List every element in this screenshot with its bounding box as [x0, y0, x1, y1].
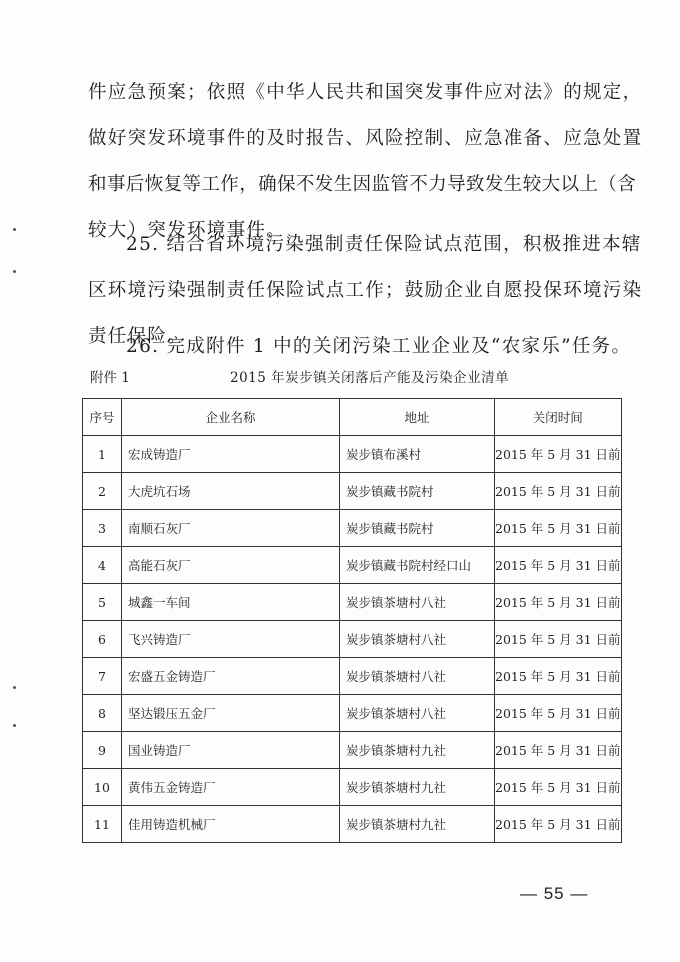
cell-index: 11 — [83, 806, 122, 843]
cell-company: 城鑫一车间 — [122, 584, 340, 621]
cell-close-date: 2015 年 5 月 31 日前 — [495, 584, 622, 621]
cell-close-date: 2015 年 5 月 31 日前 — [495, 436, 622, 473]
header-address: 地址 — [340, 399, 495, 436]
cell-index: 9 — [83, 732, 122, 769]
cell-company: 高能石灰厂 — [122, 547, 340, 584]
text-line: 和事后恢复等工作，确保不发生因监管不力导致发生较大以上（含 — [88, 162, 636, 208]
annex-title: 2015 年炭步镇关闭落后产能及污染企业清单 — [230, 366, 509, 386]
cell-index: 7 — [83, 658, 122, 695]
cell-close-date: 2015 年 5 月 31 日前 — [495, 510, 622, 547]
table-row: 3 南顺石灰厂 炭步镇藏书院村 2015 年 5 月 31 日前 — [83, 510, 622, 547]
cell-company: 飞兴铸造厂 — [122, 621, 340, 658]
cell-address: 炭步镇藏书院村 — [340, 510, 495, 547]
cell-company: 黄伟五金铸造厂 — [122, 769, 340, 806]
cell-address: 炭步镇藏书院村 — [340, 473, 495, 510]
cell-address: 炭步镇布溪村 — [340, 436, 495, 473]
cell-index: 4 — [83, 547, 122, 584]
binding-hole-mark — [13, 724, 16, 727]
paragraph-item-26: 26. 完成附件 1 中的关闭污染工业企业及“农家乐”任务。 — [88, 324, 608, 370]
cell-index: 8 — [83, 695, 122, 732]
table-row: 1 宏成铸造厂 炭步镇布溪村 2015 年 5 月 31 日前 — [83, 436, 622, 473]
text-line: 25. 结合省环境污染强制责任保险试点范围，积极推进本辖 — [126, 222, 642, 268]
cell-index: 10 — [83, 769, 122, 806]
cell-address: 炭步镇茶塘村九社 — [340, 732, 495, 769]
cell-address: 炭步镇茶塘村八社 — [340, 584, 495, 621]
binding-hole-mark — [13, 270, 16, 273]
cell-address: 炭步镇茶塘村八社 — [340, 621, 495, 658]
cell-address: 炭步镇茶塘村九社 — [340, 769, 495, 806]
cell-address: 炭步镇藏书院村经口山 — [340, 547, 495, 584]
text-line: 区环境污染强制责任保险试点工作；鼓励企业自愿投保环境污染 — [88, 268, 642, 314]
annex-label: 附件 1 — [90, 366, 130, 386]
cell-index: 1 — [83, 436, 122, 473]
table-row: 10 黄伟五金铸造厂 炭步镇茶塘村九社 2015 年 5 月 31 日前 — [83, 769, 622, 806]
text-line: 件应急预案；依照《中华人民共和国突发事件应对法》的规定， — [88, 70, 642, 116]
cell-index: 5 — [83, 584, 122, 621]
cell-address: 炭步镇茶塘村八社 — [340, 695, 495, 732]
cell-company: 佳用铸造机械厂 — [122, 806, 340, 843]
document-page: 件应急预案；依照《中华人民共和国突发事件应对法》的规定， 做好突发环境事件的及时… — [0, 0, 680, 962]
table-row: 8 坚达锻压五金厂 炭步镇茶塘村八社 2015 年 5 月 31 日前 — [83, 695, 622, 732]
binding-hole-mark — [13, 686, 16, 689]
annex-heading: 附件 1 2015 年炭步镇关闭落后产能及污染企业清单 — [90, 366, 590, 390]
cell-index: 6 — [83, 621, 122, 658]
cell-company: 宏成铸造厂 — [122, 436, 340, 473]
cell-company: 宏盛五金铸造厂 — [122, 658, 340, 695]
cell-company: 南顺石灰厂 — [122, 510, 340, 547]
cell-close-date: 2015 年 5 月 31 日前 — [495, 621, 622, 658]
cell-company: 国业铸造厂 — [122, 732, 340, 769]
cell-close-date: 2015 年 5 月 31 日前 — [495, 473, 622, 510]
table-row: 7 宏盛五金铸造厂 炭步镇茶塘村八社 2015 年 5 月 31 日前 — [83, 658, 622, 695]
table-header-row: 序号 企业名称 地址 关闭时间 — [83, 399, 622, 436]
cell-company: 大虎坑石场 — [122, 473, 340, 510]
cell-close-date: 2015 年 5 月 31 日前 — [495, 732, 622, 769]
closure-table: 序号 企业名称 地址 关闭时间 1 宏成铸造厂 炭步镇布溪村 2015 年 5 … — [82, 398, 622, 843]
header-index: 序号 — [83, 399, 122, 436]
cell-close-date: 2015 年 5 月 31 日前 — [495, 547, 622, 584]
table-row: 11 佳用铸造机械厂 炭步镇茶塘村九社 2015 年 5 月 31 日前 — [83, 806, 622, 843]
table-row: 4 高能石灰厂 炭步镇藏书院村经口山 2015 年 5 月 31 日前 — [83, 547, 622, 584]
header-company: 企业名称 — [122, 399, 340, 436]
table-row: 6 飞兴铸造厂 炭步镇茶塘村八社 2015 年 5 月 31 日前 — [83, 621, 622, 658]
binding-hole-mark — [13, 228, 16, 231]
page-number: — 55 — — [520, 884, 588, 904]
cell-close-date: 2015 年 5 月 31 日前 — [495, 695, 622, 732]
cell-close-date: 2015 年 5 月 31 日前 — [495, 769, 622, 806]
table-row: 9 国业铸造厂 炭步镇茶塘村九社 2015 年 5 月 31 日前 — [83, 732, 622, 769]
cell-close-date: 2015 年 5 月 31 日前 — [495, 806, 622, 843]
cell-index: 2 — [83, 473, 122, 510]
text-line: 26. 完成附件 1 中的关闭污染工业企业及“农家乐”任务。 — [126, 324, 631, 370]
cell-address: 炭步镇茶塘村八社 — [340, 658, 495, 695]
table-row: 5 城鑫一车间 炭步镇茶塘村八社 2015 年 5 月 31 日前 — [83, 584, 622, 621]
cell-index: 3 — [83, 510, 122, 547]
cell-address: 炭步镇茶塘村九社 — [340, 806, 495, 843]
cell-company: 坚达锻压五金厂 — [122, 695, 340, 732]
cell-close-date: 2015 年 5 月 31 日前 — [495, 658, 622, 695]
text-line: 做好突发环境事件的及时报告、风险控制、应急准备、应急处置 — [88, 116, 642, 162]
header-close-date: 关闭时间 — [495, 399, 622, 436]
table-row: 2 大虎坑石场 炭步镇藏书院村 2015 年 5 月 31 日前 — [83, 473, 622, 510]
